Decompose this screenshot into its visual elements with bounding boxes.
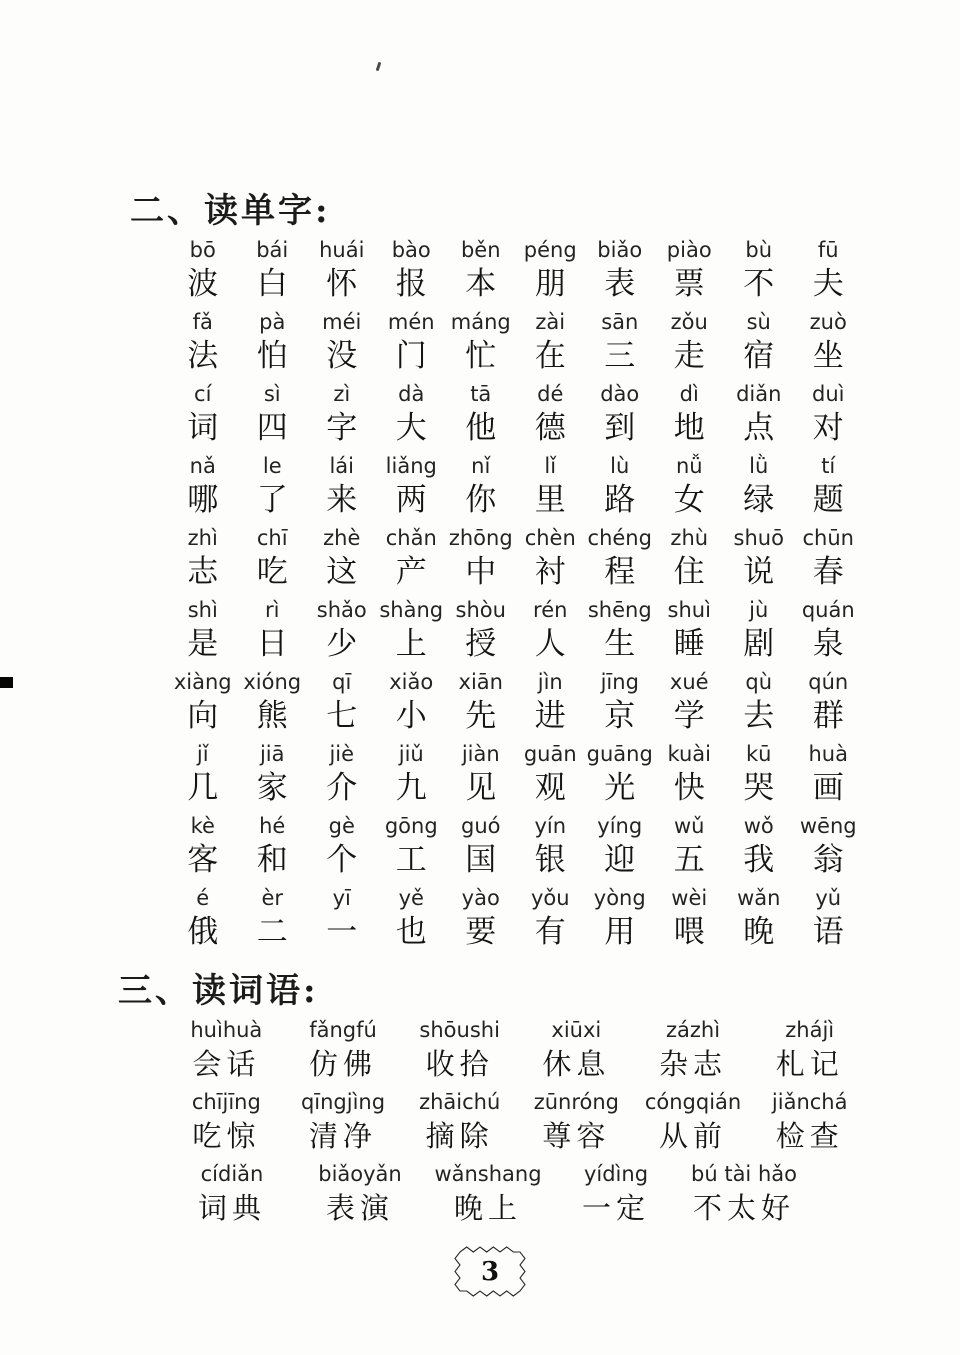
- hanzi-character: 说: [724, 551, 794, 597]
- character-row: císìzìdàtādédàodìdiǎnduì词四字大他德到地点对: [168, 381, 863, 453]
- pinyin-syllable: sù: [724, 309, 794, 335]
- hanzi-character: 会话: [168, 1043, 285, 1089]
- hanzi-character: 在: [516, 335, 586, 381]
- hanzi-character: 哭: [724, 767, 794, 813]
- pinyin-syllable: xiān: [446, 669, 516, 695]
- hanzi-character: 有: [516, 911, 586, 957]
- hanzi-character: 里: [516, 479, 586, 525]
- hanzi-character: 向: [168, 695, 238, 741]
- hanzi-character: 吃惊: [168, 1115, 285, 1161]
- hanzi-character: 上: [377, 623, 447, 669]
- hanzi-line: 词四字大他德到地点对: [168, 407, 863, 453]
- pinyin-syllable: zázhì: [635, 1017, 752, 1043]
- hanzi-character: 国: [446, 839, 516, 885]
- pinyin-syllable: běn: [446, 237, 516, 263]
- hanzi-character: 字: [307, 407, 377, 453]
- hanzi-line: 向熊七小先进京学去群: [168, 695, 863, 741]
- hanzi-character: 客: [168, 839, 238, 885]
- hanzi-line: 志吃这产中衬程住说春: [168, 551, 863, 597]
- pinyin-syllable: èr: [238, 885, 308, 911]
- pinyin-syllable: biǎoyǎn: [296, 1161, 424, 1187]
- hanzi-character: 检查: [751, 1115, 868, 1161]
- pinyin-syllable: mén: [377, 309, 447, 335]
- pinyin-syllable: yídìng: [552, 1161, 680, 1187]
- pinyin-syllable: huà: [794, 741, 864, 767]
- pinyin-syllable: guān: [516, 741, 586, 767]
- hanzi-line: 客和个工国银迎五我翁: [168, 839, 863, 885]
- hanzi-character: 一: [307, 911, 377, 957]
- hanzi-character: 词典: [168, 1187, 296, 1233]
- pinyin-syllable: sān: [585, 309, 655, 335]
- pinyin-syllable: jiǔ: [377, 741, 447, 767]
- hanzi-character: 京: [585, 695, 655, 741]
- hanzi-character: 喂: [655, 911, 725, 957]
- pinyin-syllable: zūnróng: [518, 1089, 635, 1115]
- pinyin-syllable: zhì: [168, 525, 238, 551]
- hanzi-character: 先: [446, 695, 516, 741]
- pinyin-syllable: cóngqián: [635, 1089, 752, 1115]
- pinyin-syllable: chǎn: [377, 525, 447, 551]
- hanzi-character: 他: [446, 407, 516, 453]
- pinyin-line: zhìchīzhèchǎnzhōngchènchéngzhùshuōchūn: [168, 525, 863, 551]
- hanzi-character: 住: [655, 551, 725, 597]
- hanzi-character: 你: [446, 479, 516, 525]
- hanzi-character: 语: [794, 911, 864, 957]
- hanzi-character: 怕: [238, 335, 308, 381]
- hanzi-character: 吃: [238, 551, 308, 597]
- pinyin-syllable: fǎngfú: [285, 1017, 402, 1043]
- pinyin-syllable: zuò: [794, 309, 864, 335]
- pinyin-syllable: qīngjìng: [285, 1089, 402, 1115]
- hanzi-character: 门: [377, 335, 447, 381]
- character-row: shìrìshǎoshàngshòurénshēngshuìjùquán是日少上…: [168, 597, 863, 669]
- hanzi-character: 不: [724, 263, 794, 309]
- hanzi-character: 衬: [516, 551, 586, 597]
- hanzi-character: 泉: [794, 623, 864, 669]
- pinyin-syllable: zǒu: [655, 309, 725, 335]
- hanzi-character: 休息: [518, 1043, 635, 1089]
- hanzi-character: 也: [377, 911, 447, 957]
- pinyin-syllable: biǎo: [585, 237, 655, 263]
- hanzi-character: 个: [307, 839, 377, 885]
- pinyin-syllable: jǐ: [168, 741, 238, 767]
- hanzi-character: 走: [655, 335, 725, 381]
- pinyin-syllable: jìn: [516, 669, 586, 695]
- hanzi-character: 忙: [446, 335, 516, 381]
- hanzi-character: 俄: [168, 911, 238, 957]
- pinyin-line: fǎpàméiménmángzàisānzǒusùzuò: [168, 309, 863, 335]
- hanzi-character: 对: [794, 407, 864, 453]
- scan-speck: [376, 62, 382, 71]
- hanzi-line: 哪了来两你里路女绿题: [168, 479, 863, 525]
- hanzi-character: 波: [168, 263, 238, 309]
- pinyin-syllable: le: [238, 453, 308, 479]
- hanzi-character: 到: [585, 407, 655, 453]
- hanzi-character: 点: [724, 407, 794, 453]
- hanzi-character: 路: [585, 479, 655, 525]
- hanzi-character: 剧: [724, 623, 794, 669]
- pinyin-line: jǐjiājièjiǔjiànguānguāngkuàikūhuà: [168, 741, 863, 767]
- word-grid: huìhuàfǎngfúshōushixiūxizázhìzhájì会话仿佛收拾…: [168, 1017, 868, 1233]
- pinyin-syllable: hé: [238, 813, 308, 839]
- binding-mark: [0, 677, 13, 688]
- hanzi-character: 熊: [238, 695, 308, 741]
- pinyin-syllable: wǎnshang: [424, 1161, 552, 1187]
- pinyin-syllable: shòu: [446, 597, 516, 623]
- hanzi-character: 三: [585, 335, 655, 381]
- pinyin-syllable: guó: [446, 813, 516, 839]
- hanzi-character: 睡: [655, 623, 725, 669]
- hanzi-character: 进: [516, 695, 586, 741]
- pinyin-syllable: xiàng: [168, 669, 238, 695]
- pinyin-line: cídiǎnbiǎoyǎnwǎnshangyídìngbú tài hǎo: [168, 1161, 808, 1187]
- hanzi-character: 宿: [724, 335, 794, 381]
- word-row: cídiǎnbiǎoyǎnwǎnshangyídìngbú tài hǎo词典表…: [168, 1161, 808, 1233]
- hanzi-character: 翁: [794, 839, 864, 885]
- pinyin-syllable: sì: [238, 381, 308, 407]
- single-character-grid: bōbáihuáibàoběnpéngbiǎopiàobùfū波白怀报本朋表票不…: [168, 237, 863, 957]
- hanzi-character: 五: [655, 839, 725, 885]
- pinyin-syllable: zhè: [307, 525, 377, 551]
- hanzi-character: 地: [655, 407, 725, 453]
- hanzi-character: 绿: [724, 479, 794, 525]
- section-heading-read-words: 三、读词语:: [118, 963, 319, 1012]
- pinyin-line: shìrìshǎoshàngshòurénshēngshuìjùquán: [168, 597, 863, 623]
- hanzi-character: 生: [585, 623, 655, 669]
- hanzi-character: 不太好: [680, 1187, 808, 1233]
- hanzi-character: 白: [238, 263, 308, 309]
- pinyin-syllable: zhōng: [446, 525, 516, 551]
- hanzi-character: 工: [377, 839, 447, 885]
- pinyin-syllable: yī: [307, 885, 377, 911]
- pinyin-syllable: liǎng: [377, 453, 447, 479]
- hanzi-character: 要: [446, 911, 516, 957]
- pinyin-line: éèryīyěyàoyǒuyòngwèiwǎnyǔ: [168, 885, 863, 911]
- pinyin-syllable: kè: [168, 813, 238, 839]
- pinyin-line: císìzìdàtādédàodìdiǎnduì: [168, 381, 863, 407]
- hanzi-character: 七: [307, 695, 377, 741]
- pinyin-syllable: jiā: [238, 741, 308, 767]
- hanzi-character: 晚上: [424, 1187, 552, 1233]
- pinyin-syllable: shì: [168, 597, 238, 623]
- hanzi-line: 俄二一也要有用喂晚语: [168, 911, 863, 957]
- pinyin-syllable: gè: [307, 813, 377, 839]
- pinyin-syllable: méi: [307, 309, 377, 335]
- pinyin-syllable: zì: [307, 381, 377, 407]
- pinyin-syllable: duì: [794, 381, 864, 407]
- pinyin-syllable: diǎn: [724, 381, 794, 407]
- hanzi-character: 人: [516, 623, 586, 669]
- pinyin-syllable: shuì: [655, 597, 725, 623]
- hanzi-character: 哪: [168, 479, 238, 525]
- hanzi-character: 是: [168, 623, 238, 669]
- pinyin-syllable: tā: [446, 381, 516, 407]
- hanzi-character: 产: [377, 551, 447, 597]
- pinyin-syllable: jiǎnchá: [751, 1089, 868, 1115]
- pinyin-syllable: shōushi: [401, 1017, 518, 1043]
- hanzi-character: 词: [168, 407, 238, 453]
- hanzi-character: 从前: [635, 1115, 752, 1161]
- hanzi-character: 夫: [794, 263, 864, 309]
- pinyin-syllable: lǐ: [516, 453, 586, 479]
- pinyin-syllable: zhù: [655, 525, 725, 551]
- pinyin-syllable: kuài: [655, 741, 725, 767]
- hanzi-character: 中: [446, 551, 516, 597]
- pinyin-syllable: huái: [307, 237, 377, 263]
- pinyin-syllable: lù: [585, 453, 655, 479]
- pinyin-syllable: yě: [377, 885, 447, 911]
- book-page: 二、读单字: bōbáihuáibàoběnpéngbiǎopiàobùfū波白…: [0, 0, 960, 1355]
- pinyin-line: huìhuàfǎngfúshōushixiūxizázhìzhájì: [168, 1017, 868, 1043]
- pinyin-syllable: gōng: [377, 813, 447, 839]
- hanzi-line: 波白怀报本朋表票不夫: [168, 263, 863, 309]
- pinyin-syllable: wēng: [794, 813, 864, 839]
- pinyin-syllable: péng: [516, 237, 586, 263]
- character-row: éèryīyěyàoyǒuyòngwèiwǎnyǔ俄二一也要有用喂晚语: [168, 885, 863, 957]
- pinyin-syllable: zhájì: [751, 1017, 868, 1043]
- pinyin-syllable: dé: [516, 381, 586, 407]
- hanzi-character: 观: [516, 767, 586, 813]
- pinyin-syllable: shǎo: [307, 597, 377, 623]
- hanzi-character: 日: [238, 623, 308, 669]
- pinyin-syllable: qù: [724, 669, 794, 695]
- hanzi-character: 收拾: [401, 1043, 518, 1089]
- hanzi-character: 银: [516, 839, 586, 885]
- pinyin-syllable: nǎ: [168, 453, 238, 479]
- pinyin-syllable: quán: [794, 597, 864, 623]
- pinyin-syllable: xiūxi: [518, 1017, 635, 1043]
- pinyin-syllable: xué: [655, 669, 725, 695]
- pinyin-syllable: rén: [516, 597, 586, 623]
- hanzi-character: 志: [168, 551, 238, 597]
- hanzi-character: 两: [377, 479, 447, 525]
- hanzi-character: 学: [655, 695, 725, 741]
- pinyin-syllable: dà: [377, 381, 447, 407]
- pinyin-syllable: bú tài hǎo: [680, 1161, 808, 1187]
- hanzi-character: 几: [168, 767, 238, 813]
- pinyin-syllable: bào: [377, 237, 447, 263]
- hanzi-character: 了: [238, 479, 308, 525]
- hanzi-character: 介: [307, 767, 377, 813]
- pinyin-syllable: chèn: [516, 525, 586, 551]
- hanzi-line: 几家介九见观光快哭画: [168, 767, 863, 813]
- pinyin-syllable: bù: [724, 237, 794, 263]
- hanzi-line: 会话仿佛收拾休息杂志札记: [168, 1043, 868, 1089]
- pinyin-syllable: piào: [655, 237, 725, 263]
- pinyin-syllable: wǎn: [724, 885, 794, 911]
- pinyin-syllable: qī: [307, 669, 377, 695]
- hanzi-character: 报: [377, 263, 447, 309]
- hanzi-character: 小: [377, 695, 447, 741]
- pinyin-syllable: yíng: [585, 813, 655, 839]
- pinyin-syllable: chūn: [794, 525, 864, 551]
- hanzi-line: 吃惊清净摘除尊容从前检查: [168, 1115, 868, 1161]
- hanzi-character: 德: [516, 407, 586, 453]
- page-number: 3: [452, 1250, 528, 1294]
- section-heading-read-characters: 二、读单字:: [130, 183, 331, 232]
- hanzi-character: 票: [655, 263, 725, 309]
- hanzi-character: 坐: [794, 335, 864, 381]
- hanzi-character: 见: [446, 767, 516, 813]
- hanzi-character: 摘除: [401, 1115, 518, 1161]
- page-number-box: 3: [452, 1243, 528, 1301]
- character-row: xiàngxióngqīxiǎoxiānjìnjīngxuéqùqún向熊七小先…: [168, 669, 863, 741]
- pinyin-syllable: dào: [585, 381, 655, 407]
- character-row: kèhégègōngguóyínyíngwǔwǒwēng客和个工国银迎五我翁: [168, 813, 863, 885]
- hanzi-character: 九: [377, 767, 447, 813]
- pinyin-syllable: chéng: [585, 525, 655, 551]
- pinyin-syllable: jiè: [307, 741, 377, 767]
- pinyin-syllable: yào: [446, 885, 516, 911]
- pinyin-syllable: rì: [238, 597, 308, 623]
- hanzi-character: 表演: [296, 1187, 424, 1233]
- hanzi-character: 晚: [724, 911, 794, 957]
- pinyin-syllable: bái: [238, 237, 308, 263]
- pinyin-syllable: cí: [168, 381, 238, 407]
- pinyin-syllable: xióng: [238, 669, 308, 695]
- pinyin-syllable: jù: [724, 597, 794, 623]
- character-row: fǎpàméiménmángzàisānzǒusùzuò法怕没门忙在三走宿坐: [168, 309, 863, 381]
- word-row: huìhuàfǎngfúshōushixiūxizázhìzhájì会话仿佛收拾…: [168, 1017, 868, 1089]
- pinyin-syllable: máng: [446, 309, 516, 335]
- pinyin-syllable: yǒu: [516, 885, 586, 911]
- hanzi-line: 法怕没门忙在三走宿坐: [168, 335, 863, 381]
- hanzi-character: 女: [655, 479, 725, 525]
- pinyin-syllable: huìhuà: [168, 1017, 285, 1043]
- character-row: nǎleláiliǎngnǐlǐlùnǚlǜtí哪了来两你里路女绿题: [168, 453, 863, 525]
- pinyin-line: chījīngqīngjìngzhāichúzūnróngcóngqiánjiǎ…: [168, 1089, 868, 1115]
- pinyin-syllable: kū: [724, 741, 794, 767]
- hanzi-character: 大: [377, 407, 447, 453]
- pinyin-line: bōbáihuáibàoběnpéngbiǎopiàobùfū: [168, 237, 863, 263]
- character-row: bōbáihuáibàoběnpéngbiǎopiàobùfū波白怀报本朋表票不…: [168, 237, 863, 309]
- pinyin-syllable: nǐ: [446, 453, 516, 479]
- hanzi-character: 仿佛: [285, 1043, 402, 1089]
- word-row: chījīngqīngjìngzhāichúzūnróngcóngqiánjiǎ…: [168, 1089, 868, 1161]
- hanzi-character: 一定: [552, 1187, 680, 1233]
- pinyin-syllable: jīng: [585, 669, 655, 695]
- hanzi-character: 群: [794, 695, 864, 741]
- hanzi-character: 和: [238, 839, 308, 885]
- pinyin-syllable: shēng: [585, 597, 655, 623]
- hanzi-character: 程: [585, 551, 655, 597]
- pinyin-syllable: chījīng: [168, 1089, 285, 1115]
- character-row: zhìchīzhèchǎnzhōngchènchéngzhùshuōchūn志吃…: [168, 525, 863, 597]
- hanzi-character: 少: [307, 623, 377, 669]
- hanzi-character: 我: [724, 839, 794, 885]
- hanzi-character: 表: [585, 263, 655, 309]
- pinyin-syllable: yín: [516, 813, 586, 839]
- hanzi-character: 去: [724, 695, 794, 741]
- pinyin-line: xiàngxióngqīxiǎoxiānjìnjīngxuéqùqún: [168, 669, 863, 695]
- pinyin-syllable: jiàn: [446, 741, 516, 767]
- hanzi-character: 用: [585, 911, 655, 957]
- pinyin-syllable: yǔ: [794, 885, 864, 911]
- pinyin-syllable: fū: [794, 237, 864, 263]
- hanzi-line: 是日少上授人生睡剧泉: [168, 623, 863, 669]
- pinyin-syllable: shuō: [724, 525, 794, 551]
- pinyin-syllable: fǎ: [168, 309, 238, 335]
- pinyin-syllable: pà: [238, 309, 308, 335]
- hanzi-character: 授: [446, 623, 516, 669]
- pinyin-syllable: é: [168, 885, 238, 911]
- pinyin-syllable: cídiǎn: [168, 1161, 296, 1187]
- hanzi-character: 尊容: [518, 1115, 635, 1161]
- pinyin-syllable: wèi: [655, 885, 725, 911]
- hanzi-character: 来: [307, 479, 377, 525]
- hanzi-character: 春: [794, 551, 864, 597]
- hanzi-character: 札记: [751, 1043, 868, 1089]
- hanzi-character: 画: [794, 767, 864, 813]
- pinyin-syllable: lái: [307, 453, 377, 479]
- pinyin-syllable: wǒ: [724, 813, 794, 839]
- pinyin-syllable: dì: [655, 381, 725, 407]
- hanzi-character: 清净: [285, 1115, 402, 1161]
- hanzi-character: 没: [307, 335, 377, 381]
- pinyin-line: kèhégègōngguóyínyíngwǔwǒwēng: [168, 813, 863, 839]
- hanzi-character: 朋: [516, 263, 586, 309]
- pinyin-syllable: qún: [794, 669, 864, 695]
- hanzi-character: 杂志: [635, 1043, 752, 1089]
- hanzi-character: 法: [168, 335, 238, 381]
- hanzi-character: 迎: [585, 839, 655, 885]
- pinyin-syllable: wǔ: [655, 813, 725, 839]
- hanzi-character: 二: [238, 911, 308, 957]
- hanzi-character: 怀: [307, 263, 377, 309]
- pinyin-syllable: zhāichú: [401, 1089, 518, 1115]
- pinyin-syllable: bō: [168, 237, 238, 263]
- pinyin-syllable: zài: [516, 309, 586, 335]
- hanzi-character: 这: [307, 551, 377, 597]
- hanzi-character: 题: [794, 479, 864, 525]
- pinyin-syllable: lǜ: [724, 453, 794, 479]
- hanzi-character: 家: [238, 767, 308, 813]
- hanzi-character: 四: [238, 407, 308, 453]
- pinyin-syllable: chī: [238, 525, 308, 551]
- pinyin-syllable: nǚ: [655, 453, 725, 479]
- hanzi-character: 光: [585, 767, 655, 813]
- hanzi-character: 快: [655, 767, 725, 813]
- pinyin-syllable: tí: [794, 453, 864, 479]
- pinyin-syllable: xiǎo: [377, 669, 447, 695]
- hanzi-line: 词典表演晚上一定不太好: [168, 1187, 808, 1233]
- pinyin-syllable: yòng: [585, 885, 655, 911]
- pinyin-syllable: guāng: [585, 741, 655, 767]
- character-row: jǐjiājièjiǔjiànguānguāngkuàikūhuà几家介九见观光…: [168, 741, 863, 813]
- pinyin-line: nǎleláiliǎngnǐlǐlùnǚlǜtí: [168, 453, 863, 479]
- pinyin-syllable: shàng: [377, 597, 447, 623]
- hanzi-character: 本: [446, 263, 516, 309]
